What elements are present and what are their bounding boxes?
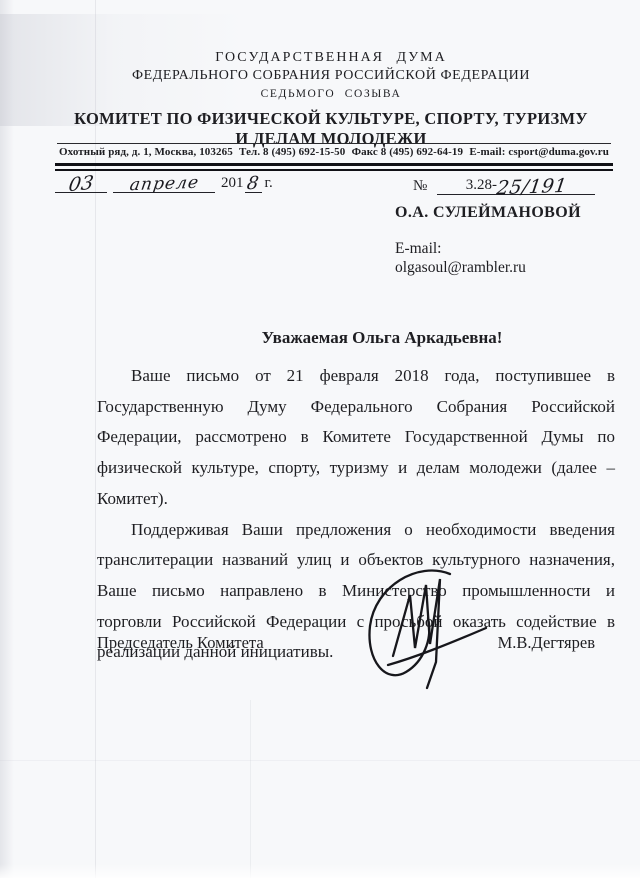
date-year-printed: 201 — [215, 175, 245, 193]
body-paragraph-1: Ваше письмо от 21 февраля 2018 года, пос… — [97, 361, 615, 515]
number-printed-part: 3.28- — [466, 177, 497, 193]
recipient-block: О.А. СУЛЕЙМАНОВОЙ E-mail: olgasoul@rambl… — [395, 203, 581, 277]
contact-phone: Тел. 8 (495) 692-15-50 — [239, 146, 345, 158]
handwritten-signature-icon — [358, 568, 493, 693]
handwritten-date-day: 03 — [67, 172, 95, 196]
org-name-line2: ФЕДЕРАЛЬНОГО СОБРАНИЯ РОССИЙСКОЙ ФЕДЕРАЦ… — [40, 68, 622, 84]
outgoing-number-field: 3.28-25/191 — [437, 172, 595, 195]
date-day-field: 03 — [55, 170, 107, 193]
recipient-email-label: E-mail: — [395, 239, 581, 258]
scan-crease-line — [0, 760, 640, 761]
signoff-position-title: Председатель Комитета — [97, 633, 264, 653]
handwritten-number-part: 25/191 — [495, 175, 568, 199]
salutation: Уважаемая Ольга Аркадьевна! — [97, 328, 640, 348]
signoff-row: Председатель Комитета М.В.Дегтярев — [97, 633, 595, 653]
committee-name-line1: КОМИТЕТ ПО ФИЗИЧЕСКОЙ КУЛЬТУРЕ, СПОРТУ, … — [40, 109, 622, 129]
date-month-field: апреле — [113, 170, 215, 193]
org-name-line1: ГОСУДАРСТВЕННАЯ ДУМА — [40, 50, 622, 66]
scan-edge-left — [0, 0, 14, 878]
contact-strip: Охотный ряд, д. 1, Москва, 103265 Тел. 8… — [57, 143, 611, 160]
handwritten-date-year-digit: 8 — [246, 173, 260, 194]
date-year-field: 8 — [245, 170, 262, 193]
handwritten-date-month: апреле — [128, 173, 200, 195]
letter-body: Ваше письмо от 21 февраля 2018 года, пос… — [97, 361, 615, 668]
letterhead: ГОСУДАРСТВЕННАЯ ДУМА ФЕДЕРАЛЬНОГО СОБРАН… — [40, 50, 622, 149]
outgoing-number-group: № 3.28-25/191 — [413, 172, 595, 195]
scan-bottom-edge — [0, 864, 640, 878]
reference-line: 03 апреле 201 8 г. № 3.28-25/191 — [55, 170, 595, 200]
recipient-email-address: olgasoul@rambler.ru — [395, 258, 581, 277]
scanned-letter-page: ГОСУДАРСТВЕННАЯ ДУМА ФЕДЕРАЛЬНОГО СОБРАН… — [0, 0, 640, 878]
number-sign-label: № — [413, 178, 427, 195]
contact-fax: Факс 8 (495) 692-64-19 — [352, 146, 464, 158]
recipient-name: О.А. СУЛЕЙМАНОВОЙ — [395, 203, 581, 222]
contact-address: Охотный ряд, д. 1, Москва, 103265 — [59, 146, 233, 158]
signoff-name: М.В.Дегтярев — [498, 633, 595, 653]
date-year-suffix: г. — [262, 175, 273, 193]
date-group: 03 апреле 201 8 г. — [55, 170, 273, 193]
contact-email: E-mail: csport@duma.gov.ru — [469, 146, 609, 158]
scan-fold-line-2 — [250, 700, 251, 878]
org-convocation-line: СЕДЬМОГО СОЗЫВА — [40, 88, 622, 100]
